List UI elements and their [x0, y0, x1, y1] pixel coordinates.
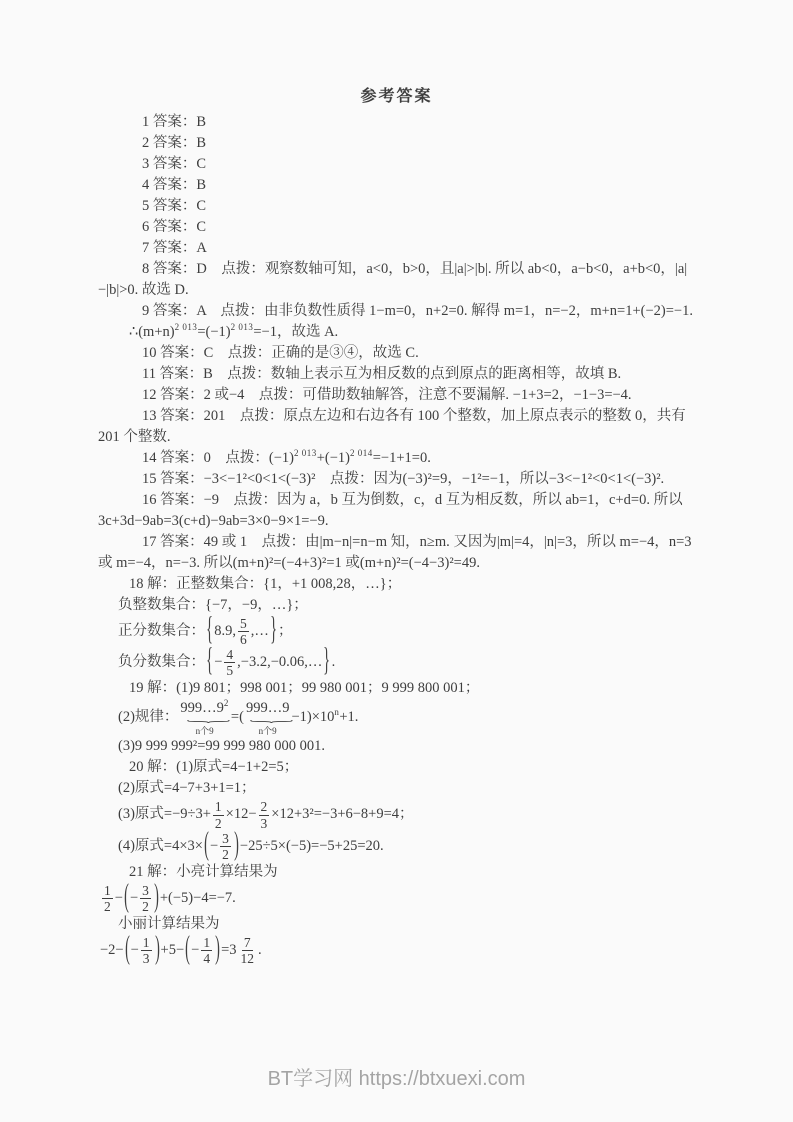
fraction: 45	[224, 647, 235, 678]
document-line: 4 答案：B	[98, 175, 695, 196]
document-line: 14 答案：0 点拨：(−1)2 013+(−1)2 014=−1+1=0.	[98, 448, 695, 469]
fraction: 32	[220, 831, 231, 862]
fraction: 32	[140, 883, 151, 914]
footer-watermark: BT学习网 https://btxuexi.com	[0, 1062, 793, 1091]
fraction: 12	[213, 799, 224, 830]
fenced-expression: (−32)	[123, 883, 160, 914]
fenced-expression: (−14)	[184, 935, 221, 966]
document-line: 7 答案：A	[98, 238, 695, 259]
document-line: (4)原式=4×3×(−32)−25÷5×(−5)=−5+25=20.	[98, 831, 695, 862]
document-line: 6 答案：C	[98, 217, 695, 238]
document-line: 17 答案：49 或 1 点拨：由|m−n|=n−m 知，n≥m. 又因为|m|…	[98, 532, 695, 574]
document-line: 12−(−32)+(−5)−4=−7.	[98, 883, 695, 914]
document-line: ∴(m+n)2 013=(−1)2 013=−1，故选 A.	[98, 322, 695, 343]
underbrace-expression: 999…92{n个9	[180, 699, 229, 736]
document-line: 负分数集合：{−45,−3.2,−0.06,…}.	[98, 647, 695, 678]
document-line: (2)规律：999…92{n个9=(999…9{n个9−1)×10n+1.	[98, 699, 695, 736]
document-line: 正分数集合：{8.9,56,…}；	[98, 616, 695, 647]
document-line: 1 答案：B	[98, 112, 695, 133]
document-line: 10 答案：C 点拨：正确的是③④，故选 C.	[98, 343, 695, 364]
document-line: 负整数集合：{−7，−9，…}；	[98, 595, 695, 616]
document-line: 3 答案：C	[98, 154, 695, 175]
fenced-expression: (−32)	[203, 831, 240, 862]
fraction: 56	[238, 616, 249, 647]
fraction: 712	[239, 935, 257, 966]
fenced-expression: (−13)	[124, 935, 161, 966]
fraction: 14	[201, 935, 212, 966]
document-line: (3)9 999 999²=99 999 980 000 001.	[98, 736, 695, 757]
underbrace-expression: 999…9{n个9	[246, 699, 290, 736]
fraction: 23	[259, 799, 270, 830]
document-line: 20 解：(1)原式=4−1+2=5；	[98, 757, 695, 778]
page-title: 参考答案	[98, 86, 695, 107]
document-page: 参考答案 1 答案：B2 答案：B3 答案：C4 答案：B5 答案：C6 答案：…	[0, 0, 793, 1122]
document-line: 15 答案：−3<−1²<0<1<(−3)² 点拨：因为(−3)²=9，−1²=…	[98, 469, 695, 490]
document-line: 18 解：正整数集合：{1，+1 008,28，…}；	[98, 574, 695, 595]
fenced-expression: {8.9,56,…}	[205, 616, 278, 647]
document-line: 16 答案：−9 点拨：因为 a，b 互为倒数，c，d 互为相反数，所以 ab=…	[98, 490, 695, 532]
document-line: 21 解：小亮计算结果为	[98, 862, 695, 883]
document-body: 参考答案 1 答案：B2 答案：B3 答案：C4 答案：B5 答案：C6 答案：…	[98, 86, 695, 966]
fraction: 12	[102, 883, 113, 914]
document-line: 2 答案：B	[98, 133, 695, 154]
document-line: 11 答案：B 点拨：数轴上表示互为相反数的点到原点的距离相等，故填 B.	[98, 364, 695, 385]
document-line: 19 解：(1)9 801；998 001；99 980 001；9 999 8…	[98, 678, 695, 699]
document-line: 5 答案：C	[98, 196, 695, 217]
answer-lines: 1 答案：B2 答案：B3 答案：C4 答案：B5 答案：C6 答案：C7 答案…	[98, 112, 695, 966]
document-line: 12 答案：2 或−4 点拨：可借助数轴解答，注意不要漏解. −1+3=2，−1…	[98, 385, 695, 406]
document-line: (3)原式=−9÷3+12×12−23×12+3²=−3+6−8+9=4；	[98, 799, 695, 830]
document-line: 13 答案：201 点拨：原点左边和右边各有 100 个整数，加上原点表示的整数…	[98, 406, 695, 448]
document-line: (2)原式=4−7+3+1=1；	[98, 778, 695, 799]
document-line: 9 答案：A 点拨：由非负数性质得 1−m=0，n+2=0. 解得 m=1，n=…	[98, 301, 695, 322]
fraction: 13	[141, 935, 152, 966]
document-line: −2−(−13)+5−(−14)=3712.	[98, 935, 695, 966]
document-line: 8 答案：D 点拨：观察数轴可知，a<0，b>0，且|a|>|b|. 所以 ab…	[98, 259, 695, 301]
